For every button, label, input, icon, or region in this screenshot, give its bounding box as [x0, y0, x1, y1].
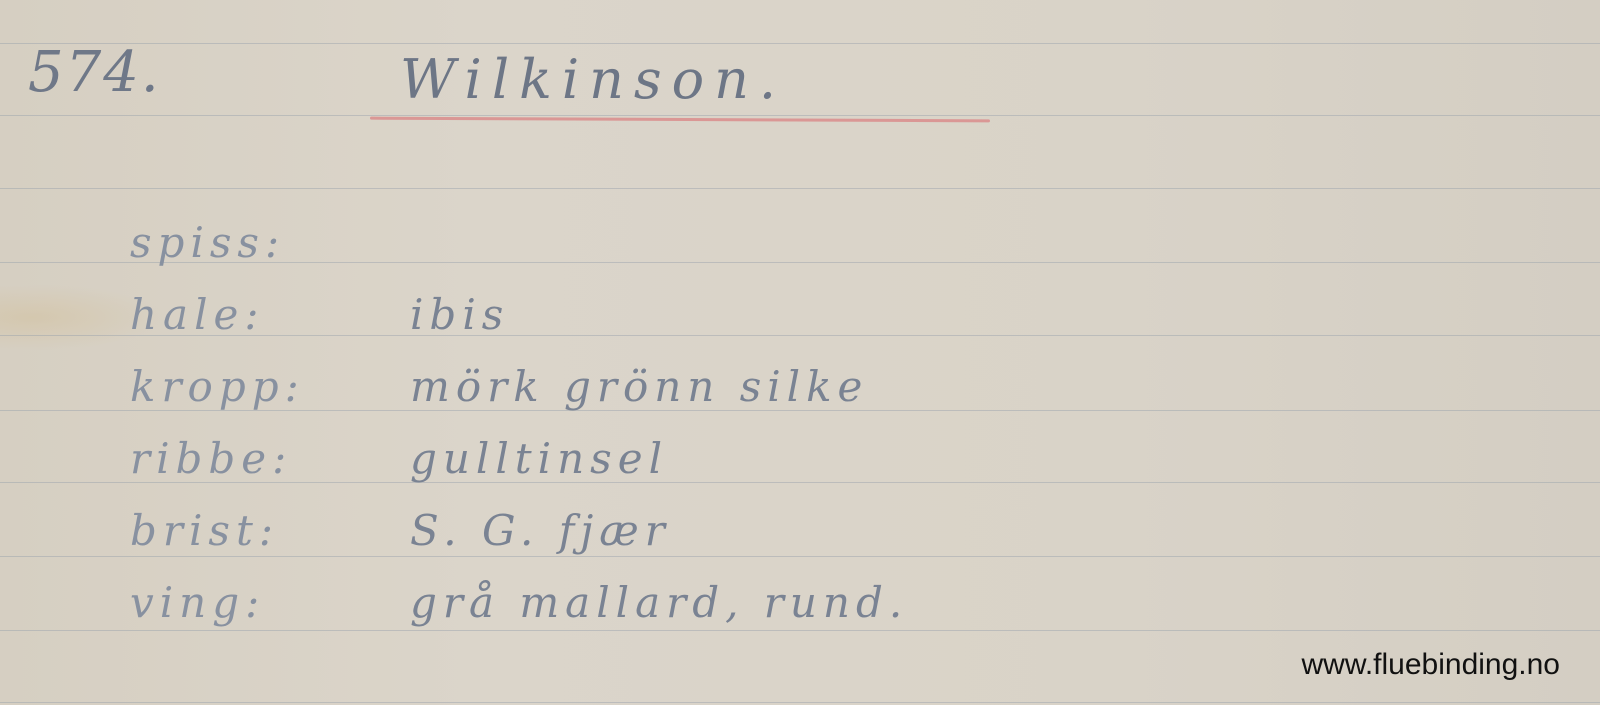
ruled-line: [0, 188, 1600, 189]
recipe-label: spiss:: [130, 218, 285, 267]
recipe-label: kropp:: [130, 362, 305, 411]
recipe-label: ribbe:: [130, 434, 292, 483]
fly-pattern-title: Wilkinson.: [400, 48, 786, 111]
entry-number: 574.: [28, 40, 161, 105]
recipe-label: ving:: [130, 578, 265, 627]
recipe-value: gulltinsel: [410, 434, 668, 483]
ruled-line: [0, 115, 1600, 116]
website-watermark: www.fluebinding.no: [1301, 648, 1560, 682]
recipe-value: ibis: [410, 290, 509, 339]
recipe-label: brist:: [130, 506, 279, 555]
recipe-value: S. G. fjær: [410, 506, 671, 555]
ruled-line: [0, 702, 1600, 703]
recipe-value: grå mallard, rund.: [410, 578, 908, 627]
recipe-value: mörk grönn silke: [410, 362, 868, 411]
ruled-line: [0, 630, 1600, 631]
recipe-label: hale:: [130, 290, 265, 339]
ruled-line: [0, 556, 1600, 557]
ruled-line: [0, 43, 1600, 44]
